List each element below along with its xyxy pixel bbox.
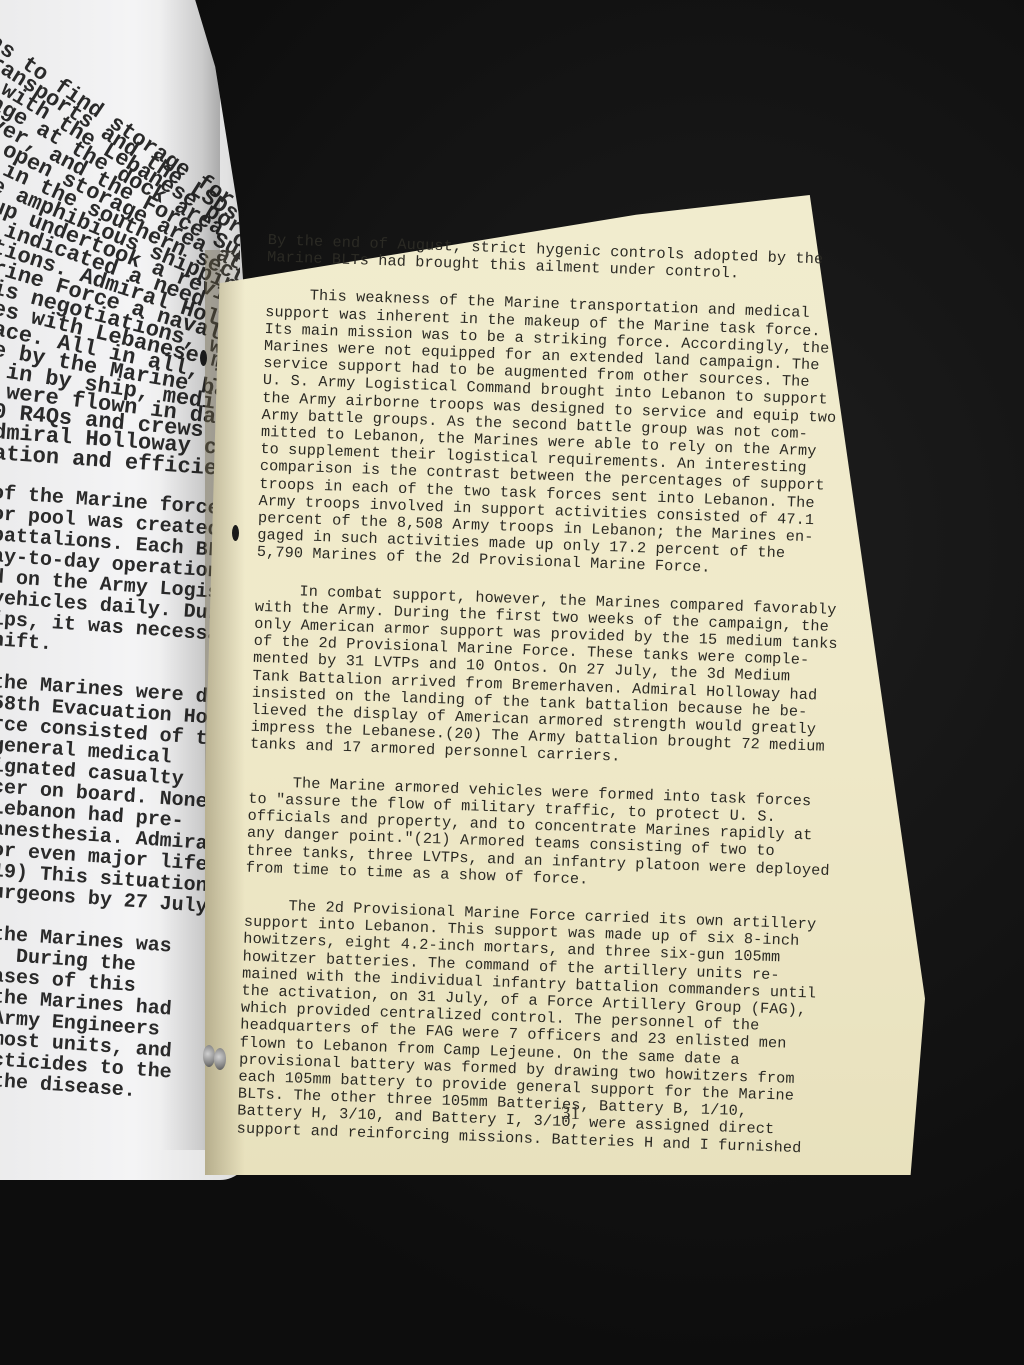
paragraph: In combat support, however, the Marines … [250, 581, 876, 775]
page-body-text: By the end of August, strict hygenic con… [236, 232, 888, 1179]
paragraph: The 2d Provisional Marine Force carried … [236, 897, 864, 1159]
staple-rivet-icon [214, 1048, 226, 1070]
paragraph: The Marine armored vehicles were formed … [245, 773, 868, 898]
paragraph: This weakness of the Marine transportati… [256, 286, 885, 583]
binding-hole [200, 350, 207, 366]
page-number: 31 [561, 1103, 580, 1125]
left-page-line: hift. [0, 629, 53, 656]
binding-hole [232, 525, 239, 541]
